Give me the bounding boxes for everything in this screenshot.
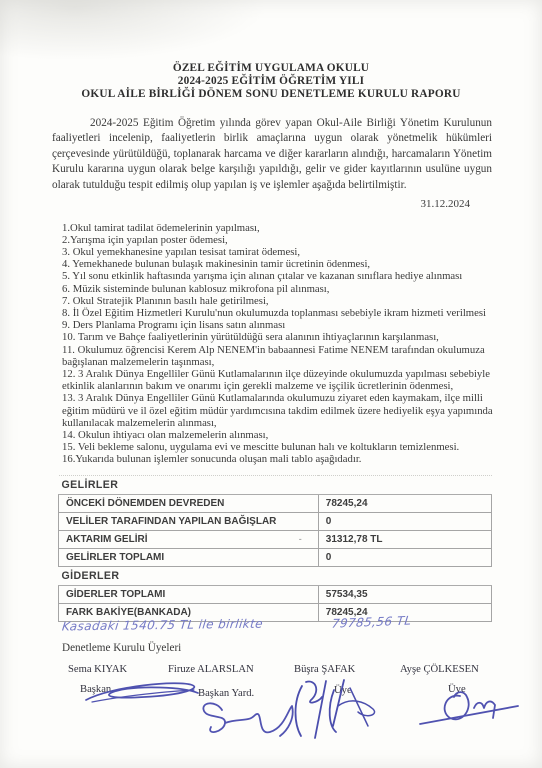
- member-role: Başkan: [80, 684, 168, 695]
- list-item: 4. Yemekhanede bulunan bulaşık makinesin…: [62, 258, 494, 270]
- member-role: Üye: [334, 685, 394, 696]
- member-ayse-colkesen: Ayşe ÇÖLKESEN Üye: [394, 664, 540, 699]
- section-header: GELİRLER: [59, 475, 492, 494]
- member-role: Başkan Yard.: [198, 688, 294, 699]
- row-label: VELİLER TARAFINDAN YAPILAN BAĞIŞLAR: [59, 512, 319, 530]
- title-line-3: OKUL AİLE BİRLİĞİ DÖNEM SONU DENETLEME K…: [30, 88, 512, 101]
- member-firuze-alarslan: Firuze ALARSLAN Başkan Yard.: [168, 664, 294, 699]
- signature-firuze-alarslan: [192, 696, 310, 754]
- row-label: AKTARIM GELİRİ -: [59, 530, 319, 548]
- pen-tick-mark: -: [299, 534, 302, 544]
- table-row: VELİLER TARAFINDAN YAPILAN BAĞIŞLAR 0: [59, 512, 492, 530]
- list-item: 13. 3 Aralık Dünya Engelliler Günü Kutla…: [62, 392, 494, 429]
- row-label: ÖNCEKİ DÖNEMDEN DEVREDEN: [59, 494, 319, 512]
- list-item: 9. Ders Planlama Programı için lisans sa…: [62, 319, 494, 331]
- row-value: 78245,24: [318, 494, 491, 512]
- intro-paragraph: 2024-2025 Eğitim Öğretim yılında görev y…: [52, 116, 492, 194]
- list-item: 14. Okulun ihtiyacı olan malzemelerin al…: [62, 429, 494, 441]
- table-row: AKTARIM GELİRİ - 31312,78 TL: [59, 530, 492, 548]
- member-name: Firuze ALARSLAN: [168, 664, 294, 675]
- table-row: ÖNCEKİ DÖNEMDEN DEVREDEN 78245,24: [59, 494, 492, 512]
- row-label: GİDERLER TOPLAMI: [59, 585, 319, 603]
- title-line-2: 2024-2025 EĞİTİM ÖĞRETİM YILI: [30, 75, 512, 88]
- handwritten-note-text: Kasadaki 1540.75 TL ile birlikte: [61, 616, 304, 633]
- table-row: GELİRLER TOPLAMI 0: [59, 548, 492, 566]
- member-name: Ayşe ÇÖLKESEN: [400, 664, 540, 675]
- scanned-report-page: ÖZEL EĞİTİM UYGULAMA OKULU 2024-2025 EĞİ…: [0, 0, 542, 768]
- committee-heading: Denetleme Kurulu Üyeleri: [62, 642, 542, 654]
- report-title: ÖZEL EĞİTİM UYGULAMA OKULU 2024-2025 EĞİ…: [30, 62, 512, 102]
- list-item: 7. Okul Stratejik Planının basılı hale g…: [62, 295, 494, 307]
- list-item: 16.Yukarıda bulunan işlemler sonucunda o…: [62, 453, 494, 465]
- row-label-text: AKTARIM GELİRİ: [66, 534, 147, 545]
- row-value: 0: [318, 512, 491, 530]
- list-item: 5. Yıl sonu etkinlik haftasında yarışma …: [62, 270, 494, 282]
- list-item: 10. Tarım ve Bahçe faaliyetlerinin yürüt…: [62, 331, 494, 343]
- list-item: 1.Okul tamirat tadilat ödemelerinin yapı…: [62, 222, 494, 234]
- member-busra-safak: Büşra ŞAFAK Üye: [294, 664, 394, 699]
- handwritten-amount: 79785,56 TL: [331, 614, 412, 631]
- member-name: Sema KIYAK: [68, 664, 168, 675]
- table-section-giderler: GİDERLER: [59, 566, 492, 585]
- list-item: 3. Okul yemekhanesine yapılan tesisat ta…: [62, 246, 494, 258]
- member-role: Üye: [448, 684, 540, 695]
- list-item: 12. 3 Aralık Dünya Engelliler Günü Kutla…: [62, 368, 494, 392]
- row-value: 0: [318, 548, 491, 566]
- list-item: 6. Müzik sisteminde bulunan kablosuz mik…: [62, 283, 494, 295]
- list-item: 11. Okulumuz öğrencisi Kerem Alp NENEM'i…: [62, 344, 494, 368]
- report-date: 31.12.2024: [0, 198, 542, 210]
- row-value: 57534,35: [318, 585, 491, 603]
- section-header: GİDERLER: [59, 566, 492, 585]
- finance-table: GELİRLER ÖNCEKİ DÖNEMDEN DEVREDEN 78245,…: [58, 475, 492, 622]
- table-row: GİDERLER TOPLAMI 57534,35: [59, 585, 492, 603]
- list-item: 8. İl Özel Eğitim Hizmetleri Kurulu'nun …: [62, 307, 494, 319]
- member-name: Büşra ŞAFAK: [294, 664, 394, 675]
- scan-artifact: [0, 0, 300, 70]
- works-list: 1.Okul tamirat tadilat ödemelerinin yapı…: [62, 222, 494, 466]
- title-line-1: ÖZEL EĞİTİM UYGULAMA OKULU: [30, 62, 512, 75]
- row-label: GELİRLER TOPLAMI: [59, 548, 319, 566]
- committee-members: Sema KIYAK Başkan Firuze ALARSLAN Başkan…: [58, 664, 542, 699]
- row-value: 31312,78 TL: [318, 530, 491, 548]
- list-item: 2.Yarışma için yapılan poster ödemesi,: [62, 234, 494, 246]
- list-item: 15. Veli bekleme salonu, uygulama evi ve…: [62, 441, 494, 453]
- member-sema-kiyak: Sema KIYAK Başkan: [58, 664, 168, 699]
- table-section-gelirler: GELİRLER: [59, 475, 492, 494]
